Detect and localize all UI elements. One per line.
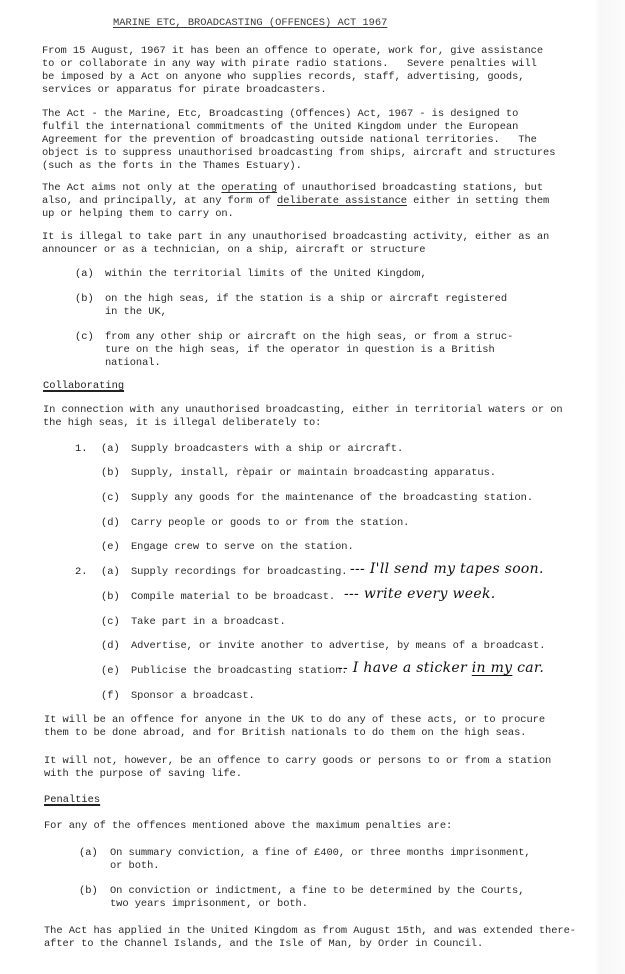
purpose-line: (such as the forts in the Thames Estuary… <box>42 160 302 173</box>
handwritten-text: -- I have a sticker <box>338 660 472 676</box>
paragraph-line: It will be an offence for anyone in the … <box>44 714 545 727</box>
paragraph-line: with the purpose of saving life. <box>44 768 242 781</box>
item-text: Compile material to be broadcast. <box>131 591 335 604</box>
item-label: (b) <box>75 293 94 306</box>
handwritten-underlined: in my <box>472 660 513 676</box>
penalties-intro: For any of the offences mentioned above … <box>44 820 452 833</box>
item-label: (f) <box>101 690 120 703</box>
handwritten-text: car. <box>512 660 544 676</box>
item-text: On conviction or indictment, a fine to b… <box>110 885 524 898</box>
item-label: (e) <box>101 541 120 554</box>
item-label: (b) <box>101 467 120 480</box>
item-text: Publicise the broadcasting station. <box>131 665 348 678</box>
intro-line: to or collaborate in any way with pirate… <box>42 58 537 71</box>
collaborating-heading: Collaborating <box>43 380 124 393</box>
illegal-line: announcer or as a technician, on a ship,… <box>42 244 426 257</box>
purpose-line: Agreement for the prevention of broadcas… <box>42 134 537 147</box>
item-label: (a) <box>101 443 120 456</box>
item-text: Supply, install, rèpair or maintain broa… <box>131 467 496 480</box>
collaborating-intro-line: the high seas, it is illegal deliberatel… <box>43 417 321 430</box>
paragraph-line: them to be done abroad, and for British … <box>44 727 526 740</box>
item-text: Advertise, or invite another to advertis… <box>131 640 545 653</box>
item-label: (d) <box>101 517 120 530</box>
item-label: (a) <box>101 566 120 579</box>
item-text: ture on the high seas, if the operator i… <box>105 344 495 357</box>
item-text: Take part in a broadcast. <box>131 616 286 629</box>
item-text: within the territorial limits of the Uni… <box>105 268 427 281</box>
item-text: Engage crew to serve on the station. <box>131 541 354 554</box>
item-text: two years imprisonment, or both. <box>110 898 308 911</box>
handwritten-note: --- I'll send my tapes soon. <box>350 561 544 577</box>
item-label: (c) <box>101 492 120 505</box>
aims-line: The Act aims not only at the operating o… <box>42 182 543 195</box>
item-label: (c) <box>75 331 94 344</box>
purpose-line: fulfil the international commitments of … <box>42 121 518 134</box>
aims-text: also, and principally, at any form of <box>42 195 277 207</box>
purpose-line: object is to suppress unauthorised broad… <box>42 147 555 160</box>
collaborating-intro-line: In connection with any unauthorised broa… <box>43 404 563 417</box>
underlined-deliberate-assistance: deliberate assistance <box>277 195 407 207</box>
paragraph-line: It will not, however, be an offence to c… <box>44 755 551 768</box>
group-number: 2. <box>75 566 87 579</box>
document-page: MARINE ETC, BROADCASTING (OFFENCES) ACT … <box>0 0 625 974</box>
aims-line: up or helping them to carry on. <box>42 208 234 221</box>
item-text: On summary conviction, a fine of £400, o… <box>110 847 531 860</box>
item-text: Supply any goods for the maintenance of … <box>131 492 533 505</box>
aims-text: either in setting them <box>407 195 549 207</box>
item-text: Supply broadcasters with a ship or aircr… <box>131 443 403 456</box>
intro-line: services or apparatus for pirate broadca… <box>42 84 327 97</box>
document-title: MARINE ETC, BROADCASTING (OFFENCES) ACT … <box>113 17 387 30</box>
handwritten-note: -- I have a sticker in my car. <box>338 660 544 676</box>
handwritten-note: --- write every week. <box>344 586 495 602</box>
item-label: (a) <box>79 847 98 860</box>
item-text: in the UK, <box>105 306 167 319</box>
aims-line: also, and principally, at any form of de… <box>42 195 549 208</box>
group-number: 1. <box>75 443 87 456</box>
item-text: on the high seas, if the station is a sh… <box>105 293 507 306</box>
item-text: national. <box>105 357 161 370</box>
item-label: (b) <box>79 885 98 898</box>
item-label: (e) <box>101 665 120 678</box>
paragraph-line: after to the Channel Islands, and the Is… <box>44 938 483 951</box>
penalties-heading: Penalties <box>44 794 100 807</box>
intro-line: From 15 August, 1967 it has been an offe… <box>42 45 543 58</box>
paragraph-line: The Act has applied in the United Kingdo… <box>44 925 576 938</box>
aims-text: of unauthorised broadcasting stations, b… <box>277 182 543 194</box>
intro-line: be imposed by a Act on anyone who suppli… <box>42 71 524 84</box>
item-label: (d) <box>101 640 120 653</box>
item-label: (b) <box>101 591 120 604</box>
underlined-operating: operating <box>221 182 277 194</box>
item-label: (a) <box>75 268 94 281</box>
aims-text: The Act aims not only at the <box>42 182 221 194</box>
item-text: or both. <box>110 860 159 873</box>
purpose-line: The Act - the Marine, Etc, Broadcasting … <box>42 108 518 121</box>
item-text: Sponsor a broadcast. <box>131 690 255 703</box>
item-text: from any other ship or aircraft on the h… <box>105 331 513 344</box>
item-label: (c) <box>101 616 120 629</box>
illegal-line: It is illegal to take part in any unauth… <box>42 231 549 244</box>
item-text: Carry people or goods to or from the sta… <box>131 517 409 530</box>
item-text: Supply recordings for broadcasting. <box>131 566 348 579</box>
